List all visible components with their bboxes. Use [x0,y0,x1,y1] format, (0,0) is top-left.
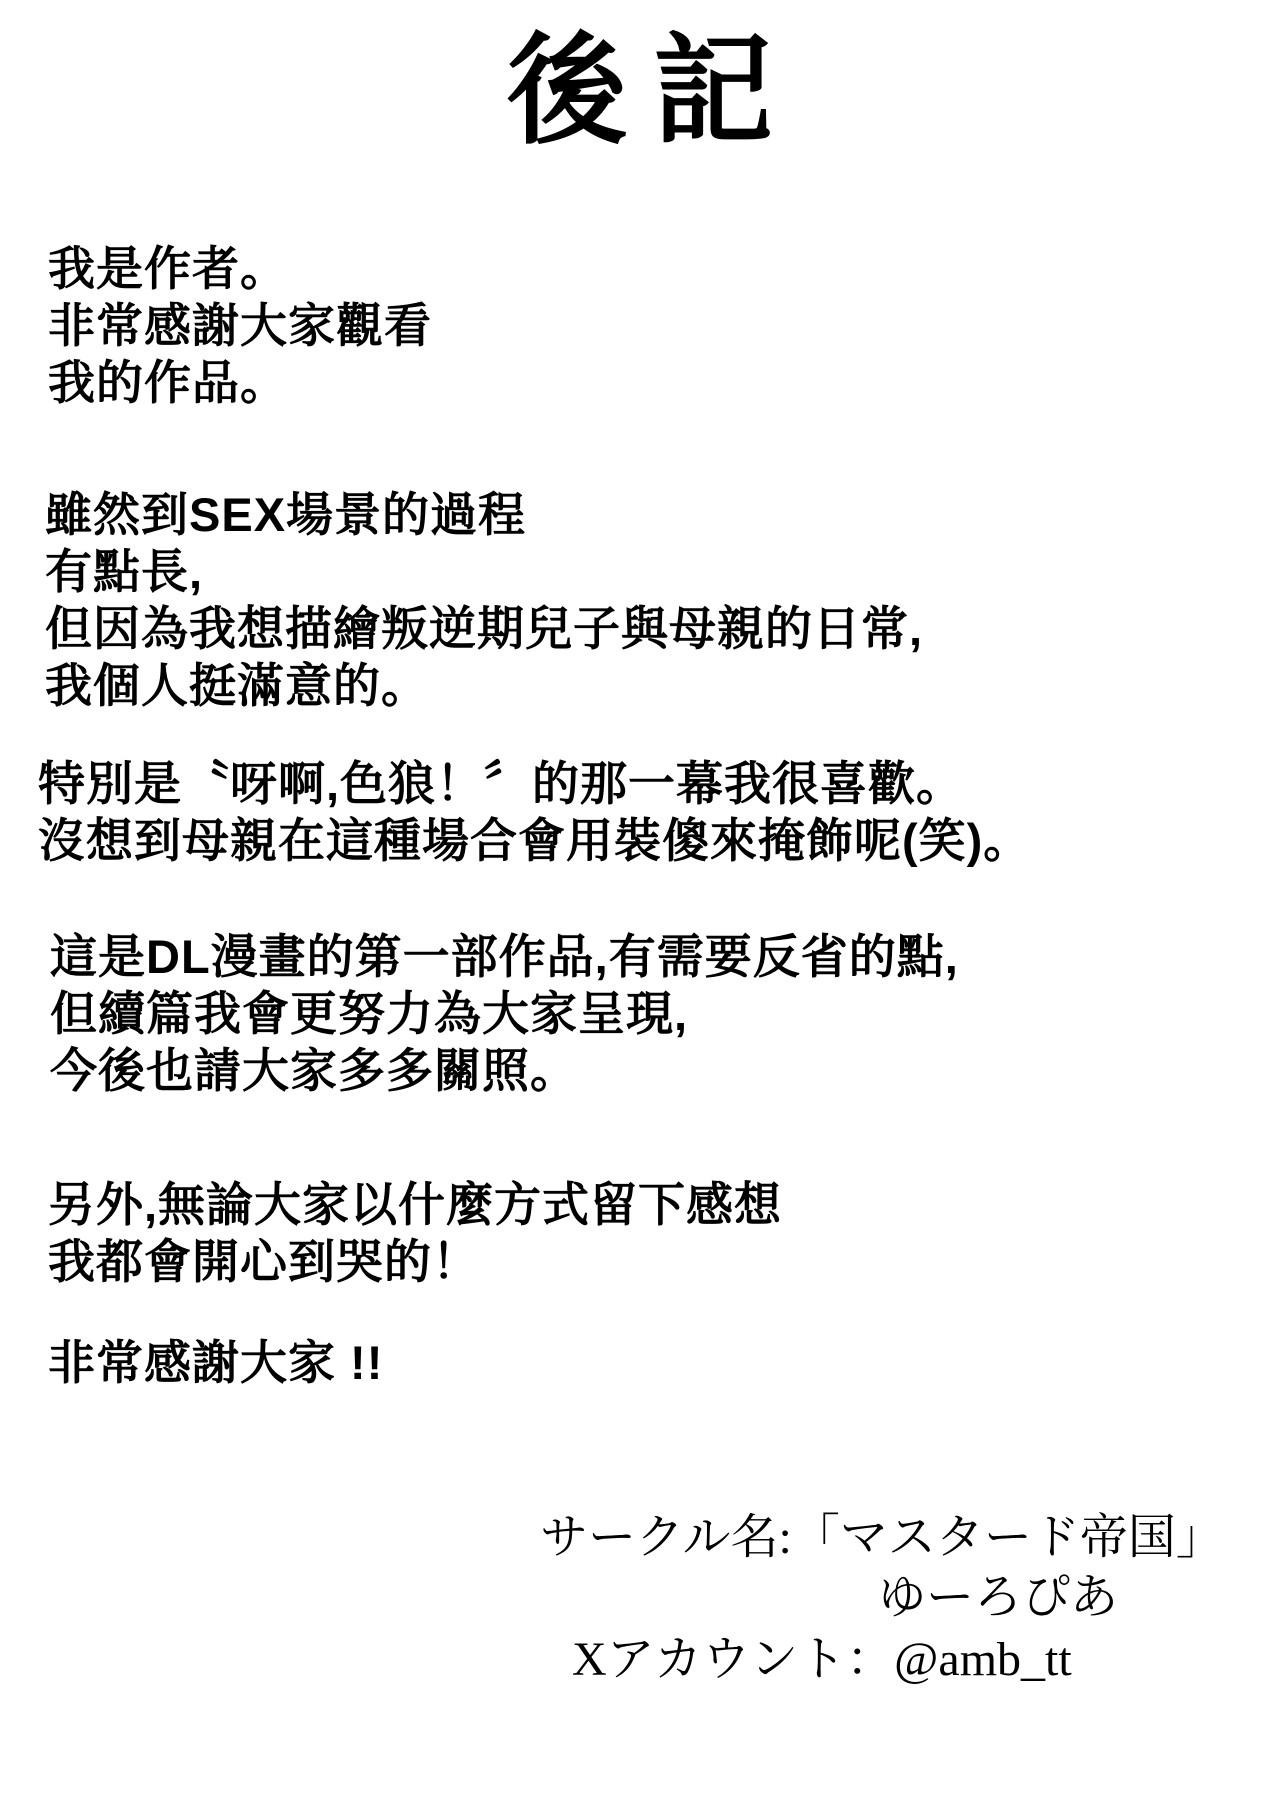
paragraph-thanks: 非常感謝大家 !! [48,1334,383,1391]
afterword-line: 今後也請大家多多關照。 [50,1042,959,1099]
paragraph-intro: 我是作者。 非常感謝大家觀看 我的作品。 [48,240,432,411]
afterword-line: 特別是〝呀啊,色狼！〞的那一幕我很喜歡。 [38,755,1031,812]
paragraph-feedback: 另外,無論大家以什麼方式留下感想 我都會開心到哭的！ [48,1176,782,1290]
afterword-line: 這是DL漫畫的第一部作品,有需要反省的點, [50,928,959,985]
circle-name-line: サークル名:「マスタード帝国」 [540,1512,1224,1564]
afterword-line: 我個人挺滿意的。 [45,657,923,714]
afterword-page: 後記 我是作者。 非常感謝大家觀看 我的作品。 雖然到SEX場景的過程 有點長,… [0,0,1280,1807]
afterword-line: 我都會開心到哭的！ [48,1233,782,1290]
afterword-line: 但續篇我會更努力為大家呈現, [50,985,959,1042]
afterword-line: 沒想到母親在這種場合會用裝傻來掩飾呢(笑)。 [38,812,1031,869]
x-account-line: Xアカウント：@amb_tt [572,1634,1072,1686]
afterword-line: 但因為我想描繪叛逆期兒子與母親的日常, [45,600,923,657]
afterword-line: 我的作品。 [48,354,432,411]
afterword-line: 有點長, [45,543,923,600]
author-name-line: ゆーろぴあ [878,1572,1118,1624]
afterword-line: 另外,無論大家以什麼方式留下感想 [48,1176,782,1233]
afterword-line: 雖然到SEX場景的過程 [45,486,923,543]
paragraph-process: 雖然到SEX場景的過程 有點長, 但因為我想描繪叛逆期兒子與母親的日常, 我個人… [45,486,923,714]
afterword-line: 非常感謝大家觀看 [48,297,432,354]
paragraph-favorite-scene: 特別是〝呀啊,色狼！〞的那一幕我很喜歡。 沒想到母親在這種場合會用裝傻來掩飾呢(… [38,755,1031,869]
afterword-line: 非常感謝大家 !! [48,1334,383,1391]
afterword-line: 我是作者。 [48,240,432,297]
paragraph-first-work: 這是DL漫畫的第一部作品,有需要反省的點, 但續篇我會更努力為大家呈現, 今後也… [50,928,959,1099]
page-title: 後記 [0,22,1280,160]
